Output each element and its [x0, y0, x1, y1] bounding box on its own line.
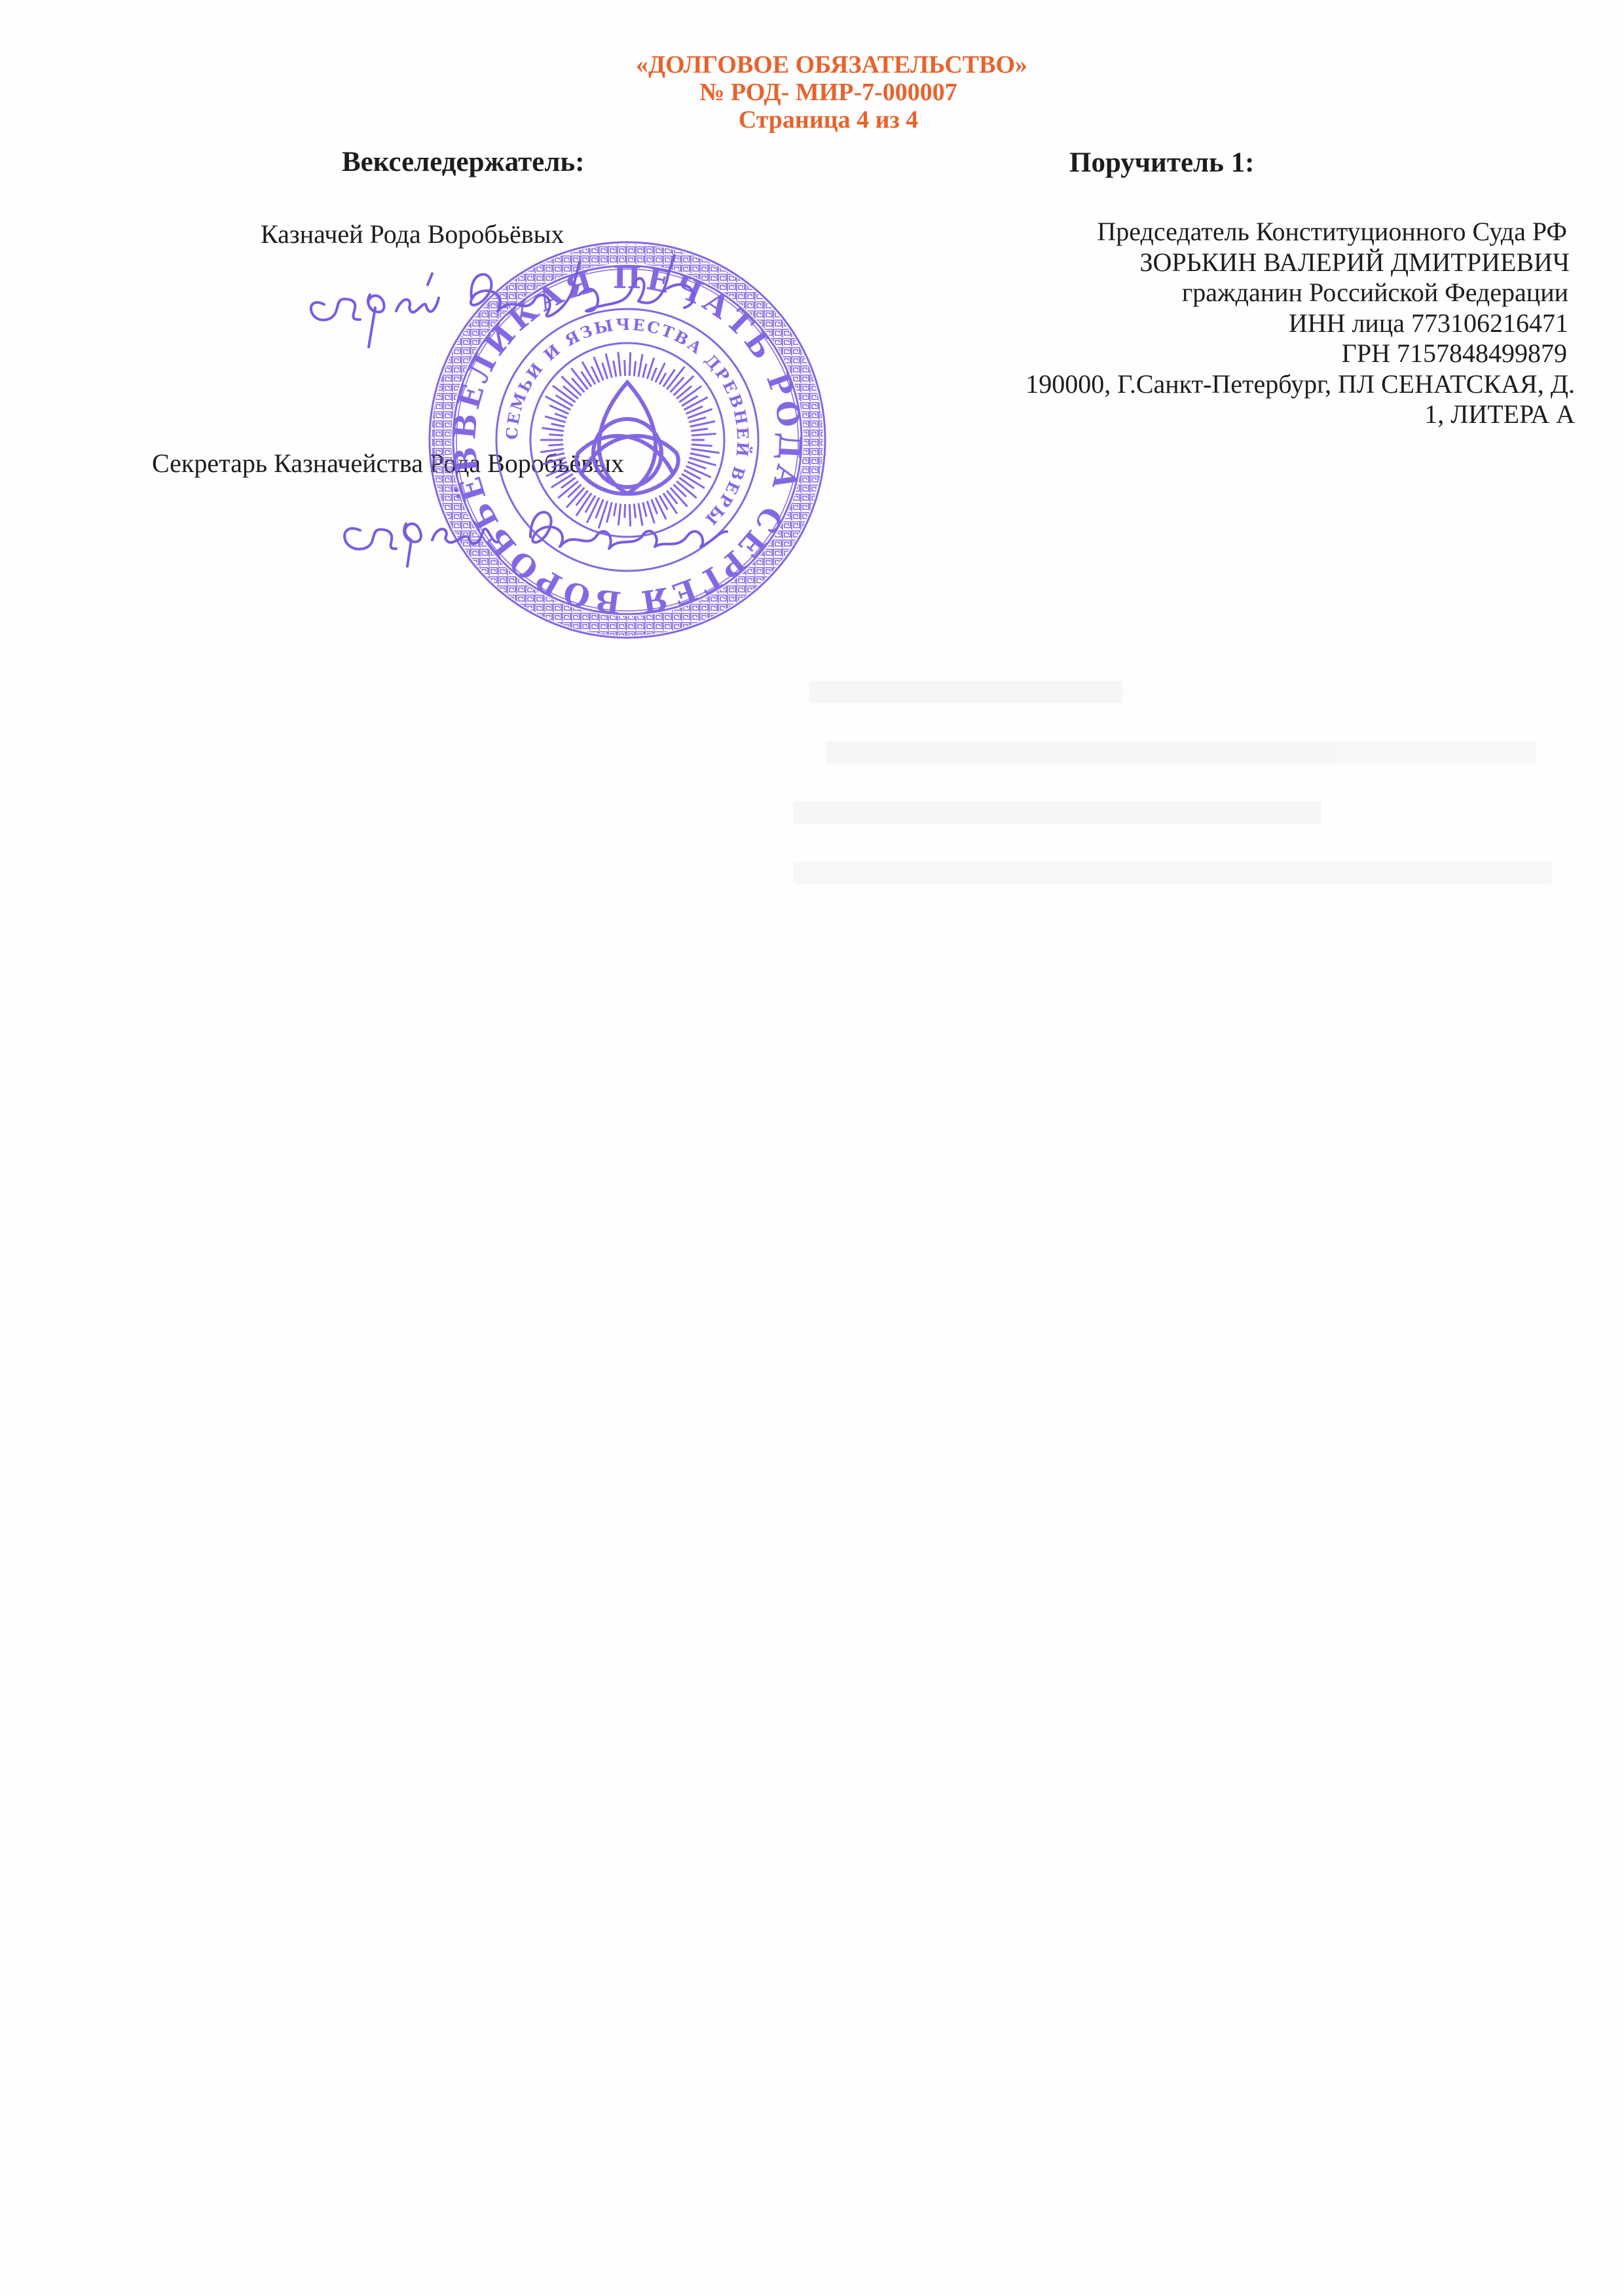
document-page: «ДОЛГОВОЕ ОБЯЗАТЕЛЬСТВО» № РОД- МИР-7-00…	[0, 0, 1624, 2296]
guarantor-address-line2: 1, ЛИТЕРА А	[789, 399, 1575, 430]
guarantor-details: Председатель Конституционного Суда РФ ЗО…	[789, 217, 1575, 430]
guarantor-inn: ИНН лица 773106216471	[789, 308, 1575, 339]
triquetra-seal-icon: ВЕЛИКАЯ ПЕЧАТЬ РОДА СЕРГЕЯ ВОРОБЬЁВА СЕМ…	[424, 237, 830, 643]
svg-text:ВЕЛИКАЯ ПЕЧАТЬ РОДА СЕРГЕЯ ВОР: ВЕЛИКАЯ ПЕЧАТЬ РОДА СЕРГЕЯ ВОРОБЬЁВА	[424, 237, 808, 621]
document-title: «ДОЛГОВОЕ ОБЯЗАТЕЛЬСТВО»	[20, 51, 1624, 79]
page-indicator: Страница 4 из 4	[16, 106, 1624, 134]
secretary-signature	[334, 484, 753, 576]
guarantor-address-line1: 190000, Г.Санкт-Петербург, ПЛ СЕНАТСКАЯ,…	[789, 369, 1575, 400]
bill-holder-heading: Векселедержатель:	[342, 147, 585, 178]
guarantor-citizenship: гражданин Российской Федерации	[789, 278, 1575, 308]
secretary-label: Секретарь Казначейства Рода Воробьёвых	[152, 448, 624, 479]
guarantor-position: Председатель Конституционного Суда РФ	[789, 217, 1575, 247]
treasurer-label: Казначей Рода Воробьёвых	[261, 219, 564, 249]
show-through-marks	[727, 681, 1552, 1048]
guarantor-heading: Поручитель 1:	[1069, 147, 1254, 179]
guarantor-name: ЗОРЬКИН ВАЛЕРИЙ ДМИТРИЕВИЧ	[789, 247, 1575, 278]
document-header: «ДОЛГОВОЕ ОБЯЗАТЕЛЬСТВО» № РОД- МИР-7-00…	[0, 51, 1624, 134]
svg-text:СЕМЬИ И ЯЗЫЧЕСТВА ДРЕВНЕЙ ВЕРЫ: СЕМЬИ И ЯЗЫЧЕСТВА ДРЕВНЕЙ ВЕРЫ	[502, 315, 754, 530]
treasurer-signature	[298, 249, 756, 354]
guarantor-grn: ГРН 7157848499879	[789, 338, 1575, 369]
document-number: № РОД- МИР-7-000007	[16, 79, 1624, 106]
